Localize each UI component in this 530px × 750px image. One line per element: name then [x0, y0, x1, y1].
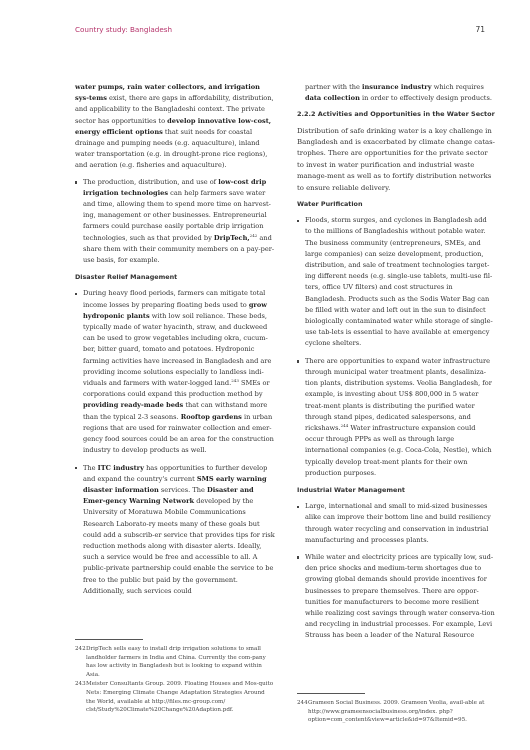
text: There are opportunities to expand water … — [305, 357, 492, 432]
heading-disaster-relief: Disaster Relief Management — [75, 272, 275, 283]
bullet-drip-irrigation: The production, distribution, and use of… — [75, 177, 275, 267]
page-number: 71 — [475, 25, 485, 34]
footnote-ref-243[interactable]: 243 — [231, 378, 239, 383]
section-intro-paragraph: Distribution of safe drinking water is a… — [297, 126, 495, 194]
text: in order to effectively design products. — [360, 94, 492, 102]
text: services. The — [159, 486, 207, 494]
heading-industrial-water: Industrial Water Management — [297, 485, 495, 496]
right-column: partner with the insurance industry whic… — [297, 82, 495, 648]
section-heading-water-sector: 2.2.2 Activities and Opportunities in th… — [297, 109, 495, 120]
bold-term: insurance industry — [362, 83, 432, 91]
bold-term: data collection — [305, 94, 360, 102]
text: The production, distribution, and use of — [83, 178, 218, 186]
footnote-text: Meister Consultants Group. 2009. Floatin… — [86, 681, 273, 713]
bold-term: ITC industry — [98, 464, 144, 472]
text: partner with the — [305, 83, 362, 91]
footnotes-right: 244Grameen Social Business. 2009. Gramee… — [297, 693, 502, 726]
bullet-list: Large, international and small to mid-si… — [297, 501, 495, 641]
footnote-text: DripTech sells easy to install drip irri… — [86, 646, 266, 678]
text: which requires — [432, 83, 484, 91]
text: with low soil reliance. These beds, typi… — [83, 312, 271, 387]
text: During heavy flood periods, farmers can … — [83, 289, 265, 308]
footnote-243: 243Meister Consultants Group. 2009. Floa… — [75, 680, 275, 714]
footnote-number: 242 — [75, 645, 86, 654]
footnote-divider — [297, 693, 365, 694]
bullet-large-businesses: Large, international and small to mid-si… — [297, 501, 495, 546]
footnote-number: 243 — [75, 680, 86, 689]
footnote-244: 244Grameen Social Business. 2009. Gramee… — [297, 699, 502, 725]
footnote-242: 242DripTech sells easy to install drip i… — [75, 645, 275, 679]
bullet-list: Floods, storm surges, and cyclones in Ba… — [297, 215, 495, 479]
bullet-floods: Floods, storm surges, and cyclones in Ba… — [297, 215, 495, 349]
text: developed by the University of Moratuwa … — [83, 497, 275, 595]
footnote-divider — [75, 639, 143, 640]
bold-term: Rooftop gardens — [181, 413, 242, 421]
text: The — [83, 464, 98, 472]
footnote-number: 244 — [297, 699, 308, 708]
running-head: Country study: Bangladesh — [75, 25, 172, 34]
intro-paragraph: water pumps, rain water collectors, and … — [75, 82, 275, 172]
bullet-floating-beds: During heavy flood periods, farmers can … — [75, 288, 275, 456]
left-column: water pumps, rain water collectors, and … — [75, 82, 275, 603]
footnotes-left: 242DripTech sells easy to install drip i… — [75, 639, 275, 716]
footnote-text: Grameen Social Business. 2009. Grameen V… — [308, 700, 484, 723]
bullet-water-prices: While water and electricity prices are t… — [297, 552, 495, 642]
bold-term: DripTech, — [214, 234, 250, 242]
bullet-list: The production, distribution, and use of… — [75, 177, 275, 267]
bold-term: providing ready-made beds — [83, 401, 183, 409]
bullet-list: During heavy flood periods, farmers can … — [75, 288, 275, 596]
bullet-itc-industry: The ITC industry has opportunities to fu… — [75, 463, 275, 597]
continuation-paragraph: partner with the insurance industry whic… — [297, 82, 495, 104]
heading-water-purification: Water Purification — [297, 199, 495, 210]
bullet-water-infrastructure: There are opportunities to expand water … — [297, 356, 495, 479]
